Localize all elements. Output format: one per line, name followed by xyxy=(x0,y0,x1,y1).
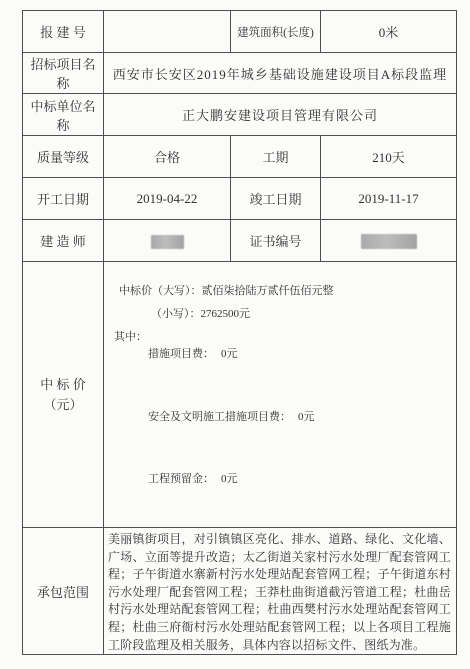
price-numeric-value: 2762500元 xyxy=(201,308,251,320)
registration-no-label: 报 建 号 xyxy=(23,11,104,53)
building-area-label: 建筑面积(长度) xyxy=(231,11,321,53)
duration-label: 工期 xyxy=(231,136,321,178)
price-numeric-line: （小写）：2762500元 xyxy=(104,306,456,323)
safety-fee-value: 0元 xyxy=(298,411,315,423)
builder-label: 建 造 师 xyxy=(23,220,104,262)
building-area-value: 0米 xyxy=(321,11,457,53)
safety-fee-label: 安全及文明施工措施项目费： xyxy=(148,411,291,423)
start-date-label: 开工日期 xyxy=(23,178,104,220)
table-row-contract-scope: 承包范围 美丽镇街项目，对引镇镇区亮化、排水、道路、绿化、文化墙、广场、立面等提… xyxy=(23,528,457,655)
bid-price-label-line1: 中 标 价 xyxy=(25,375,101,395)
price-capital-value: 贰佰柒拾陆万贰仟伍佰元整 xyxy=(202,285,334,297)
measure-fee-label: 措施项目费： xyxy=(148,348,214,360)
bid-price-label: 中 标 价 （元） xyxy=(23,262,104,528)
bid-price-details-cell: 中标价（大写）：贰佰柒拾陆万贰仟伍佰元整 （小写）：2762500元 其中： 措… xyxy=(104,262,457,528)
project-name-value: 西安市长安区2019年城乡基础设施建设项目A标段监理 xyxy=(104,53,457,94)
finish-date-label: 竣工日期 xyxy=(231,178,321,220)
builder-value-cell xyxy=(104,220,231,262)
bid-info-table: 报 建 号 建筑面积(长度) 0米 招标项目名称 西安市长安区2019年城乡基础… xyxy=(22,10,457,655)
project-name-label: 招标项目名称 xyxy=(23,53,104,94)
table-row-registration: 报 建 号 建筑面积(长度) 0米 xyxy=(23,11,457,53)
certificate-no-label: 证书编号 xyxy=(231,220,321,262)
duration-value: 210天 xyxy=(321,136,457,178)
redacted-builder-name xyxy=(151,235,184,249)
scanned-bid-form-page: 报 建 号 建筑面积(长度) 0米 招标项目名称 西安市长安区2019年城乡基础… xyxy=(0,0,470,669)
contract-scope-label: 承包范围 xyxy=(23,528,104,655)
price-numeric-label: （小写）： xyxy=(151,308,201,320)
bid-price-label-line2: （元） xyxy=(25,395,101,415)
price-among-label: 其中： xyxy=(104,329,456,346)
redacted-certificate-number xyxy=(361,234,417,249)
table-row-dates: 开工日期 2019-04-22 竣工日期 2019-11-17 xyxy=(23,178,457,220)
finish-date-value: 2019-11-17 xyxy=(321,178,457,220)
safety-fee-line: 安全及文明施工措施项目费：0元 xyxy=(104,409,456,426)
table-row-bid-price: 中 标 价 （元） 中标价（大写）：贰佰柒拾陆万贰仟伍佰元整 （小写）：2762… xyxy=(23,262,457,528)
price-capital-line: 中标价（大写）：贰佰柒拾陆万贰仟伍佰元整 xyxy=(104,283,456,300)
reserve-fund-line: 工程预留金：0元 xyxy=(104,471,456,488)
winner-name-label: 中标单位名称 xyxy=(23,94,104,136)
start-date-value: 2019-04-22 xyxy=(104,178,231,220)
certificate-no-value-cell xyxy=(321,220,457,262)
quality-grade-label: 质量等级 xyxy=(23,136,104,178)
reserve-fund-label: 工程预留金： xyxy=(148,473,214,485)
winner-name-value: 正大鹏安建设项目管理有限公司 xyxy=(104,94,457,136)
price-capital-label: 中标价（大写）： xyxy=(119,285,202,297)
reserve-fund-value: 0元 xyxy=(221,473,238,485)
measure-fee-value: 0元 xyxy=(221,348,238,360)
registration-no-value xyxy=(104,11,231,53)
contract-scope-value: 美丽镇街项目，对引镇镇区亮化、排水、道路、绿化、文化墙、广场、立面等提升改造；太… xyxy=(104,528,457,655)
table-row-builder: 建 造 师 证书编号 xyxy=(23,220,457,262)
table-row-project-name: 招标项目名称 西安市长安区2019年城乡基础设施建设项目A标段监理 xyxy=(23,53,457,94)
measure-fee-line: 措施项目费：0元 xyxy=(104,346,456,363)
quality-grade-value: 合格 xyxy=(104,136,231,178)
table-row-winner-name: 中标单位名称 正大鹏安建设项目管理有限公司 xyxy=(23,94,457,136)
table-row-quality-duration: 质量等级 合格 工期 210天 xyxy=(23,136,457,178)
